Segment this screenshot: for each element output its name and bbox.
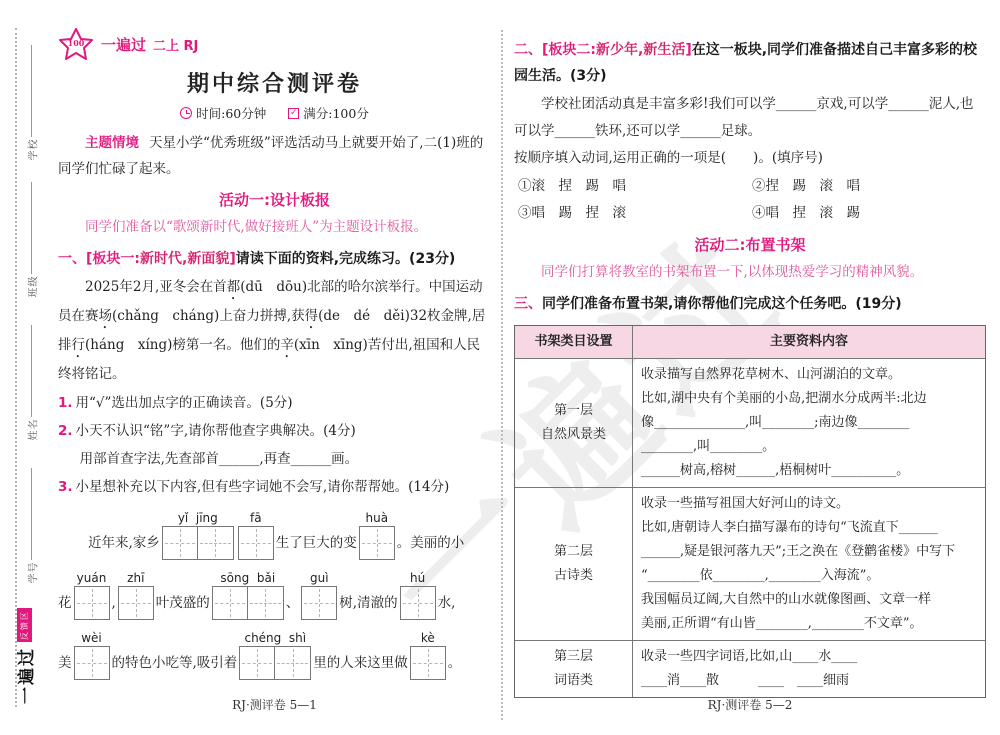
footer-left: RJ·测评卷 5—1 [58,696,491,713]
emphasized-char: 行 [72,337,86,353]
writing-box-cell [118,586,154,620]
pinyin-label: hú [410,569,425,586]
time-label: 时间:60分钟 [196,104,266,122]
club-paragraph: 学校社团活动真是丰富多彩!我们可以学______京戏,可以学______泥人,也… [514,91,986,145]
pinyin-label: huà [366,509,389,526]
passage-text: 2025年2月,亚冬会在首 [85,279,227,295]
passage-text: (háng xíng)榜第一名。他们的 [85,337,280,353]
pinyin-label: yǐ jīng [178,509,218,526]
margin-field-line [31,468,32,560]
section1-number: 一、 [58,251,86,267]
star-logo-score: 100 [68,38,85,48]
writing-box: kè [410,629,446,680]
fill-text: 生了巨大的变 [276,531,357,560]
pinyin-label: yuán [77,569,107,586]
question-1-number: 1. [58,395,73,411]
question-3: 3.小星想补充以下内容,但有些字词她不会写,请你帮帮她。(14分) [58,474,491,500]
passage-text: (chǎng cháng)上奋力拼搏,获 [112,308,305,324]
time-item: 时间:60分钟 [180,104,266,122]
tier-cell: 第三层词语类 [515,641,633,697]
content-line: ______,疑是银河落九天”;王之涣在《登鹳雀楼》中写下 [641,540,977,564]
margin-field-line [31,182,32,274]
emphasized-char: 辛 [280,337,294,353]
margin-field-line [31,325,32,417]
writing-box-cell [301,586,337,620]
emphasized-char: 场 [99,308,113,324]
right-page: 二、[板块二:新少年,新生活]在这一板块,同学们准备描述自己丰富多彩的校园生活。… [514,30,986,698]
content-line: 收录一些四字词语,比如,山____水____ [641,645,977,669]
writing-box-cell [400,586,436,620]
margin-brand-text: 一遍过 [12,647,37,704]
score-item: 满分:100分 [288,104,369,122]
fill-line: 花yuán,zhī叶茂盛的sōng bǎi、guì树,清澈的hú水, [58,569,491,620]
content-line: ____消____散 ____ ____细雨 [641,669,977,693]
shelf-table-body: 第一层自然风景类收录描写自然界花草树木、山河湖泊的文章。比如,湖中央有个美丽的小… [515,358,985,697]
tier-line: 词语类 [554,669,593,693]
tier-line: 第一层 [554,399,593,423]
edition-label: 二上 RJ [153,35,198,54]
margin-field-label: 班级 [25,272,40,302]
pinyin-label: sōng bǎi [220,569,275,586]
clock-icon [180,107,192,119]
writing-box-cells [74,646,110,680]
writing-box-cells [239,646,311,680]
fill-text: 美 [58,651,72,680]
fill-text: 里的人来这里做 [313,651,408,680]
writing-box-cells [400,586,436,620]
binding-dotted-line [15,28,17,707]
writing-box: zhī [118,569,154,620]
option-item: ①滚 捏 踢 唱 [518,173,752,200]
writing-box-cell [239,646,275,680]
fill-text: 花 [58,591,72,620]
content-line: 美丽,正所谓“有山皆________,________不文章”。 [641,612,977,636]
activity1-intro: 同学们准备以“歌颂新时代,做好接班人”为主题设计板报。 [58,215,491,239]
writing-box-cells [74,586,110,620]
fill-line: 美wèi的特色小吃等,吸引着chéng shì里的人来这里做kè。 [58,629,491,680]
pinyin-label: wèi [81,629,102,646]
writing-box-cells [162,526,234,560]
tier-cell: 第二层古诗类 [515,488,633,640]
section2-tag-open: [板块二: [542,42,596,58]
section2-tag-highlight: 新少年,新生活 [596,42,685,58]
writing-box: yǐ jīng [162,509,234,560]
bookshelf-table: 书架类目设置 主要资料内容 第一层自然风景类收录描写自然界花草树木、山河湖泊的文… [514,325,986,698]
options-grid: ①滚 捏 踢 唱②捏 踢 滚 唱③唱 踢 捏 滚④唱 捏 滚 踢 [514,173,986,227]
exam-sheet: 一遍过 学校班级姓名学号 一遍过 反馈区 100 一遍过 二上 RJ 期中综合测… [0,0,1000,735]
fill-text: 水, [438,591,456,620]
content-cell: 收录一些描写祖国大好河山的诗文。比如,唐朝诗人李白描写瀑布的诗句“飞流直下___… [633,488,985,640]
question-2-text: 小天不认识“铭”字,请你帮他查字典解决。(4分) [76,423,356,439]
writing-box-cells [212,586,284,620]
activity2-intro: 同学们打算将教室的书架布置一下,以体现热爱学习的精神风貌。 [514,260,986,284]
margin-brand-tag: 反馈区 [17,608,32,642]
fill-text: 树,清澈的 [339,591,397,620]
theme-paragraph: 主题情境天星小学“优秀班级”评选活动马上就要开始了,二(1)班的同学们忙碌了起来… [58,130,491,182]
theme-label: 主题情境 [85,135,139,151]
pinyin-label: zhī [127,569,144,586]
score-label: 满分:100分 [303,104,369,122]
writing-box-cells [238,526,274,560]
pinyin-label: kè [421,629,435,646]
fill-text: 近年来,家乡 [88,531,160,560]
fill-text: 。 [448,651,462,680]
brand-header: 100 一遍过 二上 RJ [58,25,491,63]
margin-brand: 一遍过 反馈区 [12,608,37,704]
fill-lines: 近年来,家乡yǐ jīngfā生了巨大的变huà。美丽的小花yuán,zhī叶茂… [58,509,491,680]
table-row: 第二层古诗类收录一些描写祖国大好河山的诗文。比如,唐朝诗人李白描写瀑布的诗句“飞… [515,487,985,640]
writing-box-cell [238,526,274,560]
fill-text: 叶茂盛的 [156,591,210,620]
table-header-row: 书架类目设置 主要资料内容 [515,326,985,358]
margin-field-label: 学号 [25,558,40,588]
tier-line: 第二层 [554,540,593,564]
pinyin-label: chéng shì [244,629,306,646]
content-line: 收录描写自然界花草树木、山河湖泊的文章。 [641,363,977,387]
emphasized-char: 得 [305,308,319,324]
section2-heading: 二、[板块二:新少年,新生活]在这一板块,同学们准备描述自己丰富多彩的校园生活。… [514,37,986,89]
question-1-text: 用“√”选出加点字的正确读音。(5分) [76,395,293,411]
writing-box-cell [275,646,311,680]
margin-field-label: 学校 [25,135,40,165]
pinyin-label: fā [250,509,262,526]
option-item: ③唱 踢 捏 滚 [518,200,752,227]
writing-box: huà [359,509,395,560]
question-3-number: 3. [58,479,73,495]
content-line: 像______________,叫________;南边像________ [641,411,977,435]
question-2-blank-line: 用部首查字法,先查部首______,再查______画。 [80,446,491,472]
writing-box-cell [198,526,234,560]
content-line: 收录一些描写祖国大好河山的诗文。 [641,492,977,516]
writing-box-cells [410,646,446,680]
paper-meta: 时间:60分钟 满分:100分 [58,104,491,122]
section1-tag-open: [板块一: [86,251,140,267]
writing-box-cell [162,526,198,560]
content-line: 我国幅员辽阔,大自然中的山水就像图画、文章一样 [641,588,977,612]
section3-number: 三、 [514,296,542,312]
writing-box: sōng bǎi [212,569,284,620]
section2-number: 二、 [514,42,542,58]
left-page: 100 一遍过 二上 RJ 期中综合测评卷 时间:60分钟 满分:100分 主题… [58,25,491,680]
fill-line: 近年来,家乡yǐ jīngfā生了巨大的变huà。美丽的小 [58,509,491,560]
score-check-icon [288,108,299,119]
table-row: 第三层词语类收录一些四字词语,比如,山____水________消____散 _… [515,640,985,697]
paper-title: 期中综合测评卷 [58,67,491,98]
option-item: ④唱 捏 滚 踢 [752,200,986,227]
margin-field-line [31,45,32,137]
writing-box: hú [400,569,436,620]
content-line: 比如,唐朝诗人李白描写瀑布的诗句“飞流直下______ [641,516,977,540]
writing-box-cells [359,526,395,560]
page-divider-line [501,30,503,720]
writing-box: yuán [74,569,110,620]
section3-text: 同学们准备布置书架,请你帮他们完成这个任务吧。(19分) [542,296,902,312]
content-line: 比如,湖中央有个美丽的小岛,把湖水分成两半:北边 [641,387,977,411]
table-row: 第一层自然风景类收录描写自然界花草树木、山河湖泊的文章。比如,湖中央有个美丽的小… [515,358,985,487]
section1-tag-highlight: 新时代,新面貌 [140,251,229,267]
table-header-content: 主要资料内容 [633,326,985,358]
fill-text: 。美丽的小 [397,531,465,560]
question-3-text: 小星想补充以下内容,但有些字词她不会写,请你帮帮她。(14分) [76,479,450,495]
passage: 2025年2月,亚冬会在首都(dū dōu)北部的哈尔滨举行。中国运动员在赛场(… [58,274,491,388]
pinyin-label: guì [310,569,329,586]
fill-text: , [112,595,116,620]
table-header-tier: 书架类目设置 [515,326,633,358]
margin-field-label: 姓名 [25,415,40,445]
content-line: ________,叫________。 [641,435,977,459]
writing-box-cell [359,526,395,560]
option-item: ②捏 踢 滚 唱 [752,173,986,200]
content-cell: 收录一些四字词语,比如,山____水________消____散 ____ __… [633,641,985,697]
footer-right: RJ·测评卷 5—2 [514,696,986,713]
tier-cell: 第一层自然风景类 [515,359,633,487]
writing-box-cell [248,586,284,620]
fill-text: 、 [286,591,300,620]
writing-box-cell [74,646,110,680]
writing-box: wèi [74,629,110,680]
fill-text: 的特色小吃等,吸引着 [112,651,238,680]
writing-box: chéng shì [239,629,311,680]
section1-text: 请读下面的资料,完成练习。(23分) [236,251,456,267]
choice-line: 按顺序填入动词,运用正确的一项是( )。(填序号) [514,145,986,172]
writing-box-cell [410,646,446,680]
tier-line: 自然风景类 [541,423,606,447]
question-2: 2.小天不认识“铭”字,请你帮他查字典解决。(4分) [58,418,491,444]
writing-box-cell [74,586,110,620]
content-cell: 收录描写自然界花草树木、山河湖泊的文章。比如,湖中央有个美丽的小岛,把湖水分成两… [633,359,985,487]
writing-box-cells [301,586,337,620]
activity2-heading: 活动二:布置书架 [514,234,986,255]
question-2-number: 2. [58,423,73,439]
brand-name: 一遍过 [101,34,146,55]
writing-box-cells [118,586,154,620]
tier-line: 第三层 [554,645,593,669]
content-line: ______树高,榕树______,梧桐树叶__________。 [641,459,977,483]
activity1-heading: 活动一:设计板报 [58,189,491,210]
content-line: “________依________,________入海流”。 [641,564,977,588]
star-logo-icon: 100 [58,27,94,61]
section3-heading: 三、同学们准备布置书架,请你帮他们完成这个任务吧。(19分) [514,291,986,317]
question-1: 1.用“√”选出加点字的正确读音。(5分) [58,390,491,416]
writing-box: fā [238,509,274,560]
section1-heading: 一、[板块一:新时代,新面貌]请读下面的资料,完成练习。(23分) [58,246,491,272]
tier-line: 古诗类 [554,564,593,588]
writing-box: guì [301,569,337,620]
writing-box-cell [212,586,248,620]
emphasized-char: 都 [227,279,241,295]
